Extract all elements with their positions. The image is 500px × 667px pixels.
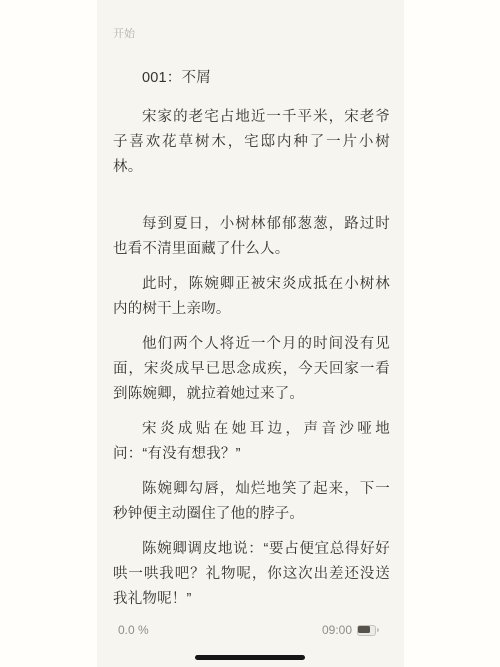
paragraph: 每到夏日，小树林郁郁葱葱，路过时也看不清里面藏了什么人。	[113, 212, 390, 262]
page-content[interactable]: 开始 001：不屑 宋家的老宅占地近一千平米，宋老爷子喜欢花草树木，宅邸内种了一…	[113, 28, 390, 606]
reading-progress: 0.0 %	[118, 623, 149, 637]
chapter-start-marker: 开始	[113, 28, 390, 40]
paragraph: 他们两个人将近一个月的时间没有见面，宋炎成早已思念成疾，今天回家一看到陈婉卿，就…	[113, 332, 390, 407]
reader-status-bar: 0.0 % 09:00	[97, 621, 404, 639]
screenshot-canvas: 开始 001：不屑 宋家的老宅占地近一千平米，宋老爷子喜欢花草树木，宅邸内种了一…	[0, 0, 500, 667]
paragraph: 陈婉卿调皮地说：“要占便宜总得好好哄一哄我吧？礼物呢，你这次出差还没送我礼物呢！…	[113, 537, 390, 606]
paragraph: 此时，陈婉卿正被宋炎成抵在小树林内的树干上亲吻。	[113, 272, 390, 322]
home-indicator[interactable]	[195, 655, 305, 660]
paragraph: 陈婉卿勾唇，灿烂地笑了起来，下一秒钟便主动圈住了他的脖子。	[113, 477, 390, 527]
battery-icon	[357, 625, 379, 636]
paragraph: 宋家的老宅占地近一千平米，宋老爷子喜欢花草树木，宅邸内种了一片小树林。	[113, 105, 390, 180]
status-right-group: 09:00	[322, 623, 379, 637]
battery-nub	[377, 628, 380, 632]
battery-fill	[358, 626, 370, 633]
reader-screen[interactable]: 开始 001：不屑 宋家的老宅占地近一千平米，宋老爷子喜欢花草树木，宅邸内种了一…	[97, 0, 404, 667]
chapter-title: 001：不屑	[113, 66, 390, 91]
paragraph: 宋炎成贴在她耳边，声音沙哑地问：“有没有想我？”	[113, 417, 390, 467]
clock-time: 09:00	[322, 623, 352, 637]
